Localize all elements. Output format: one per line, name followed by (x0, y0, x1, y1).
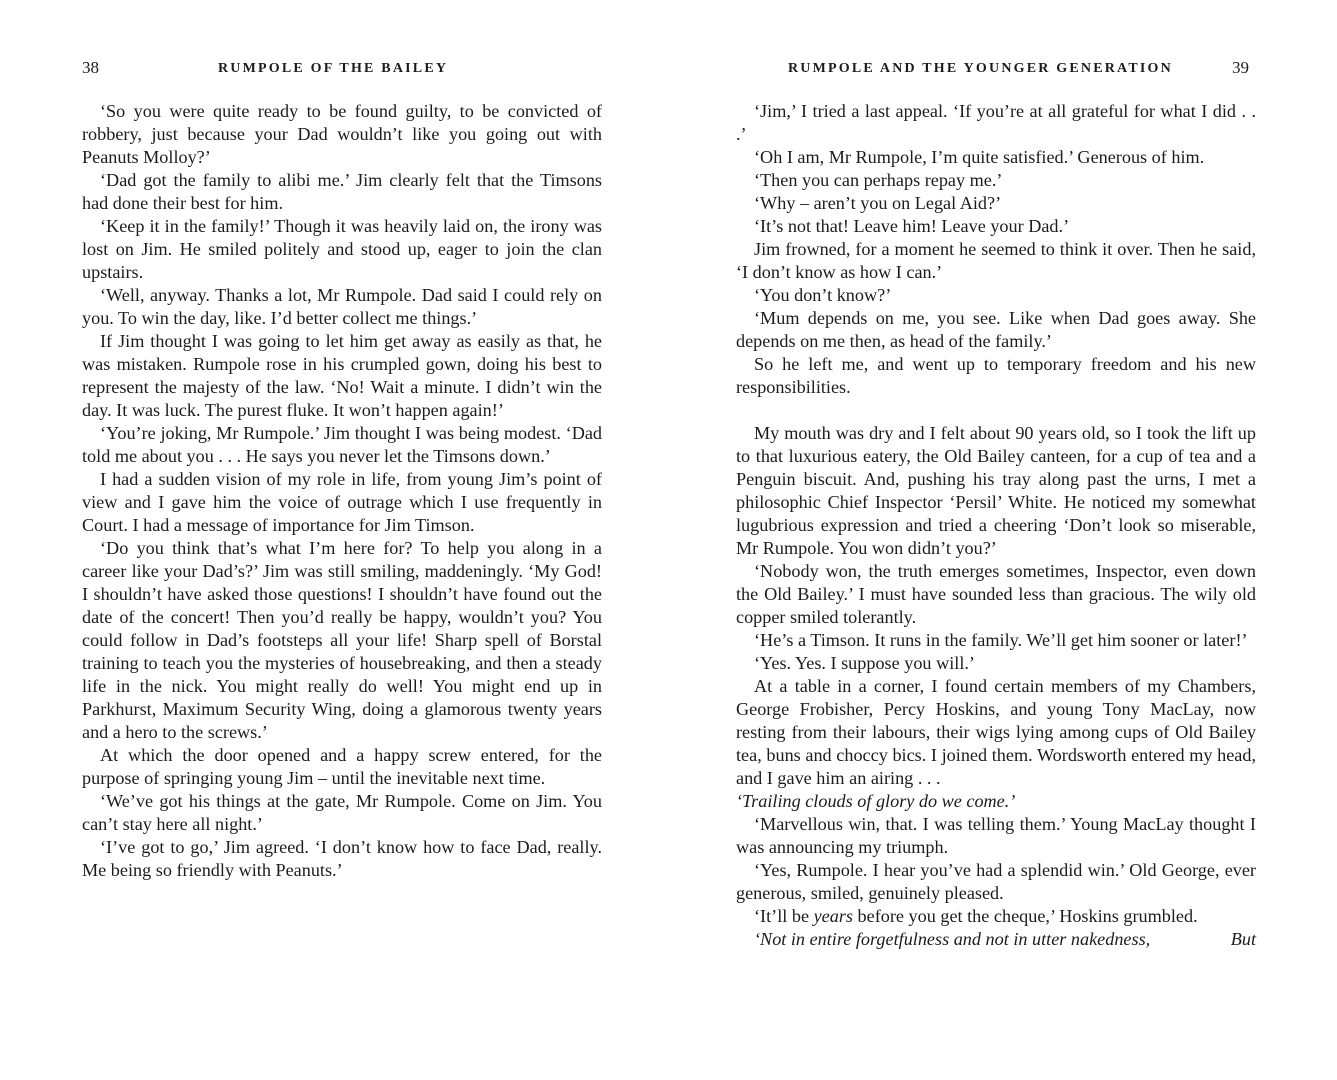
right-page-header: RUMPOLE AND THE YOUNGER GENERATION 39 (736, 58, 1256, 88)
paragraph: ‘He’s a Timson. It runs in the family. W… (736, 629, 1256, 652)
right-page: RUMPOLE AND THE YOUNGER GENERATION 39 ‘J… (736, 0, 1256, 951)
page-number: 39 (1232, 58, 1249, 78)
paragraph: ‘Mum depends on me, you see. Like when D… (736, 307, 1256, 353)
poem-quote: ‘Trailing clouds of glory do we come.’ (736, 790, 1256, 813)
paragraph: ‘It’s not that! Leave him! Leave your Da… (736, 215, 1256, 238)
paragraph: ‘So you were quite ready to be found gui… (82, 100, 602, 169)
paragraph: ‘You don’t know?’ (736, 284, 1256, 307)
text: before you get the cheque,’ Hoskins grum… (853, 906, 1198, 926)
right-page-body: ‘Jim,’ I tried a last appeal. ‘If you’re… (736, 100, 1256, 951)
paragraph: ‘You’re joking, Mr Rumpole.’ Jim thought… (82, 422, 602, 468)
paragraph: ‘I’ve got to go,’ Jim agreed. ‘I don’t k… (82, 836, 602, 882)
left-page: 38 RUMPOLE OF THE BAILEY ‘So you were qu… (82, 0, 602, 882)
paragraph: ‘Do you think that’s what I’m here for? … (82, 537, 602, 744)
paragraph: ‘Then you can perhaps repay me.’ (736, 169, 1256, 192)
paragraph: ‘Yes. Yes. I suppose you will.’ (736, 652, 1256, 675)
paragraph: ‘It’ll be years before you get the chequ… (736, 905, 1256, 928)
left-page-header: 38 RUMPOLE OF THE BAILEY (82, 58, 602, 88)
paragraph: ‘Jim,’ I tried a last appeal. ‘If you’re… (736, 100, 1256, 146)
paragraph: I had a sudden vision of my role in life… (82, 468, 602, 537)
text: ‘Not in entire forgetfulness and not in … (754, 929, 1150, 949)
paragraph: At which the door opened and a happy scr… (82, 744, 602, 790)
paragraph: At a table in a corner, I found certain … (736, 675, 1256, 790)
page-number: 38 (82, 58, 99, 78)
text: ‘It’ll be (754, 906, 814, 926)
emphasis: years (814, 906, 853, 926)
paragraph: ‘Oh I am, Mr Rumpole, I’m quite satisfie… (736, 146, 1256, 169)
paragraph: If Jim thought I was going to let him ge… (82, 330, 602, 422)
paragraph: ‘Nobody won, the truth emerges sometimes… (736, 560, 1256, 629)
poem-quote: ‘Not in entire forgetfulness and not in … (736, 928, 1256, 951)
text: But (1213, 928, 1256, 951)
left-page-body: ‘So you were quite ready to be found gui… (82, 100, 602, 882)
paragraph: Jim frowned, for a moment he seemed to t… (736, 238, 1256, 284)
paragraph: So he left me, and went up to temporary … (736, 353, 1256, 399)
paragraph: ‘We’ve got his things at the gate, Mr Ru… (82, 790, 602, 836)
paragraph: ‘Yes, Rumpole. I hear you’ve had a splen… (736, 859, 1256, 905)
paragraph: ‘Keep it in the family!’ Though it was h… (82, 215, 602, 284)
running-head: RUMPOLE OF THE BAILEY (218, 61, 448, 77)
running-head: RUMPOLE AND THE YOUNGER GENERATION (788, 61, 1173, 77)
paragraph: ‘Marvellous win, that. I was telling the… (736, 813, 1256, 859)
paragraph-section-break: My mouth was dry and I felt about 90 yea… (736, 422, 1256, 560)
paragraph: ‘Dad got the family to alibi me.’ Jim cl… (82, 169, 602, 215)
paragraph: ‘Why – aren’t you on Legal Aid?’ (736, 192, 1256, 215)
paragraph: ‘Well, anyway. Thanks a lot, Mr Rumpole.… (82, 284, 602, 330)
